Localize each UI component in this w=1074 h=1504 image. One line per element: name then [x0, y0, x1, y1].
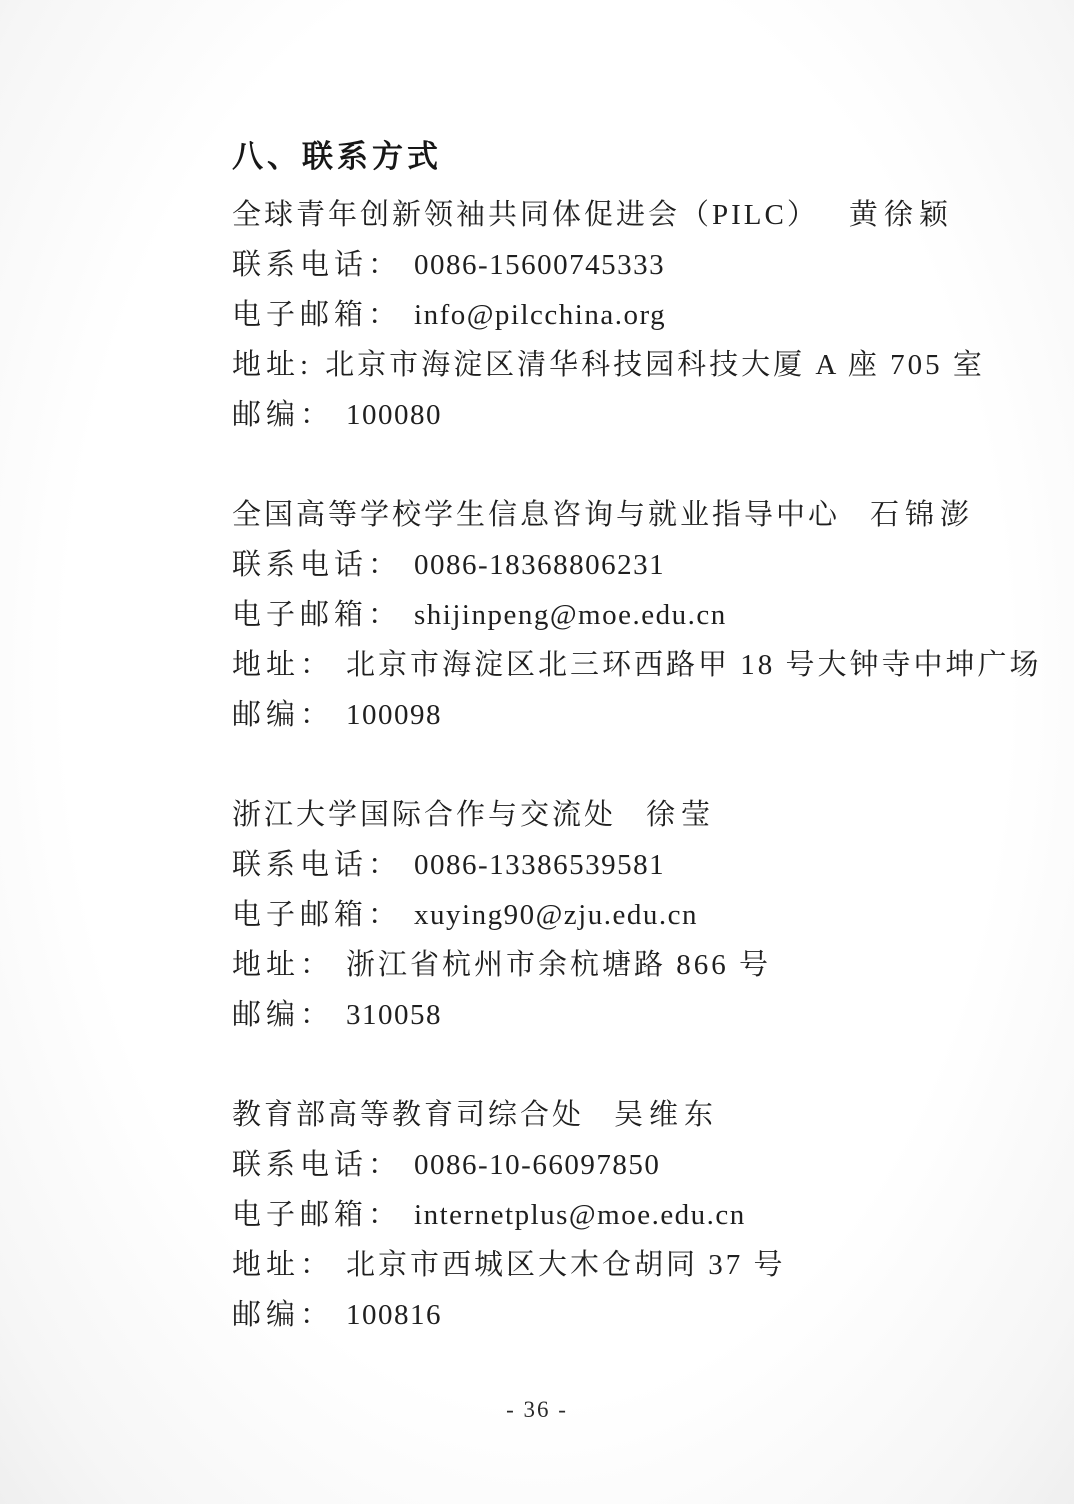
- zip-line: 邮编：100080: [232, 390, 954, 440]
- zip-value: 310058: [346, 999, 442, 1031]
- contact-person: 吴维东: [614, 1099, 719, 1131]
- address-label: 地址：: [232, 949, 334, 981]
- email-value: info@pilcchina.org: [414, 299, 666, 331]
- org-line: 全国高等学校学生信息咨询与就业指导中心石锦澎: [232, 490, 954, 540]
- address-line: 地址：浙江省杭州市余杭塘路 866 号: [232, 940, 954, 990]
- contact-person: 石锦澎: [870, 499, 975, 531]
- email-line: 电子邮箱：internetplus@moe.edu.cn: [232, 1190, 954, 1240]
- address-line: 地址：北京市西城区大木仓胡同 37 号: [232, 1240, 954, 1290]
- email-line: 电子邮箱：info@pilcchina.org: [232, 290, 954, 340]
- document-page: 八、联系方式 全球青年创新领袖共同体促进会（PILC）黄徐颖 联系电话：0086…: [0, 0, 1074, 1504]
- email-label: 电子邮箱：: [232, 599, 402, 631]
- phone-value: 0086-18368806231: [414, 549, 665, 581]
- address-line: 地址:北京市海淀区清华科技园科技大厦 A 座 705 室: [232, 340, 954, 390]
- contact-person: 徐莹: [646, 799, 716, 831]
- org-name: 全国高等学校学生信息咨询与就业指导中心: [232, 499, 840, 531]
- org-name: 浙江大学国际合作与交流处: [232, 799, 616, 831]
- zip-line: 邮编：310058: [232, 990, 954, 1040]
- email-label: 电子邮箱：: [232, 299, 402, 331]
- zip-value: 100080: [346, 399, 442, 431]
- address-value: 北京市海淀区北三环西路甲 18 号大钟寺中坤广场: [346, 649, 1042, 681]
- phone-line: 联系电话：0086-15600745333: [232, 240, 954, 290]
- section-heading: 八、联系方式: [232, 132, 954, 182]
- zip-label: 邮编：: [232, 399, 334, 431]
- address-line: 地址：北京市海淀区北三环西路甲 18 号大钟寺中坤广场: [232, 640, 954, 690]
- phone-line: 联系电话：0086-13386539581: [232, 840, 954, 890]
- zip-value: 100098: [346, 699, 442, 731]
- address-label: 地址:: [232, 349, 313, 381]
- address-label: 地址：: [232, 649, 334, 681]
- zip-label: 邮编：: [232, 999, 334, 1031]
- phone-line: 联系电话：0086-10-66097850: [232, 1140, 954, 1190]
- zip-label: 邮编：: [232, 1299, 334, 1331]
- address-value: 北京市海淀区清华科技园科技大厦 A 座 705 室: [325, 349, 985, 381]
- contact-block-zju: 浙江大学国际合作与交流处徐莹 联系电话：0086-13386539581 电子邮…: [232, 790, 954, 1040]
- zip-value: 100816: [346, 1299, 442, 1331]
- org-name: 全球青年创新领袖共同体促进会（PILC）: [232, 199, 819, 231]
- org-line: 全球青年创新领袖共同体促进会（PILC）黄徐颖: [232, 190, 954, 240]
- email-label: 电子邮箱：: [232, 899, 402, 931]
- org-name: 教育部高等教育司综合处: [232, 1099, 584, 1131]
- zip-line: 邮编：100816: [232, 1290, 954, 1340]
- email-value: shijinpeng@moe.edu.cn: [414, 599, 727, 631]
- phone-label: 联系电话：: [232, 1149, 402, 1181]
- phone-label: 联系电话：: [232, 549, 402, 581]
- contact-block-moe-dept: 教育部高等教育司综合处吴维东 联系电话：0086-10-66097850 电子邮…: [232, 1090, 954, 1340]
- email-line: 电子邮箱：xuying90@zju.edu.cn: [232, 890, 954, 940]
- phone-value: 0086-15600745333: [414, 249, 665, 281]
- email-value: xuying90@zju.edu.cn: [414, 899, 698, 931]
- address-value: 浙江省杭州市余杭塘路 866 号: [346, 949, 771, 981]
- page-number: - 36 -: [120, 1390, 954, 1430]
- email-label: 电子邮箱：: [232, 1199, 402, 1231]
- contact-person: 黄徐颖: [849, 199, 954, 231]
- contact-block-moe-center: 全国高等学校学生信息咨询与就业指导中心石锦澎 联系电话：0086-1836880…: [232, 490, 954, 740]
- email-value: internetplus@moe.edu.cn: [414, 1199, 746, 1231]
- address-value: 北京市西城区大木仓胡同 37 号: [346, 1249, 786, 1281]
- phone-value: 0086-13386539581: [414, 849, 665, 881]
- zip-line: 邮编：100098: [232, 690, 954, 740]
- org-line: 教育部高等教育司综合处吴维东: [232, 1090, 954, 1140]
- address-label: 地址：: [232, 1249, 334, 1281]
- contact-block-pilc: 全球青年创新领袖共同体促进会（PILC）黄徐颖 联系电话：0086-156007…: [232, 190, 954, 440]
- zip-label: 邮编：: [232, 699, 334, 731]
- org-line: 浙江大学国际合作与交流处徐莹: [232, 790, 954, 840]
- phone-value: 0086-10-66097850: [414, 1149, 660, 1181]
- phone-label: 联系电话：: [232, 849, 402, 881]
- phone-label: 联系电话：: [232, 249, 402, 281]
- phone-line: 联系电话：0086-18368806231: [232, 540, 954, 590]
- email-line: 电子邮箱：shijinpeng@moe.edu.cn: [232, 590, 954, 640]
